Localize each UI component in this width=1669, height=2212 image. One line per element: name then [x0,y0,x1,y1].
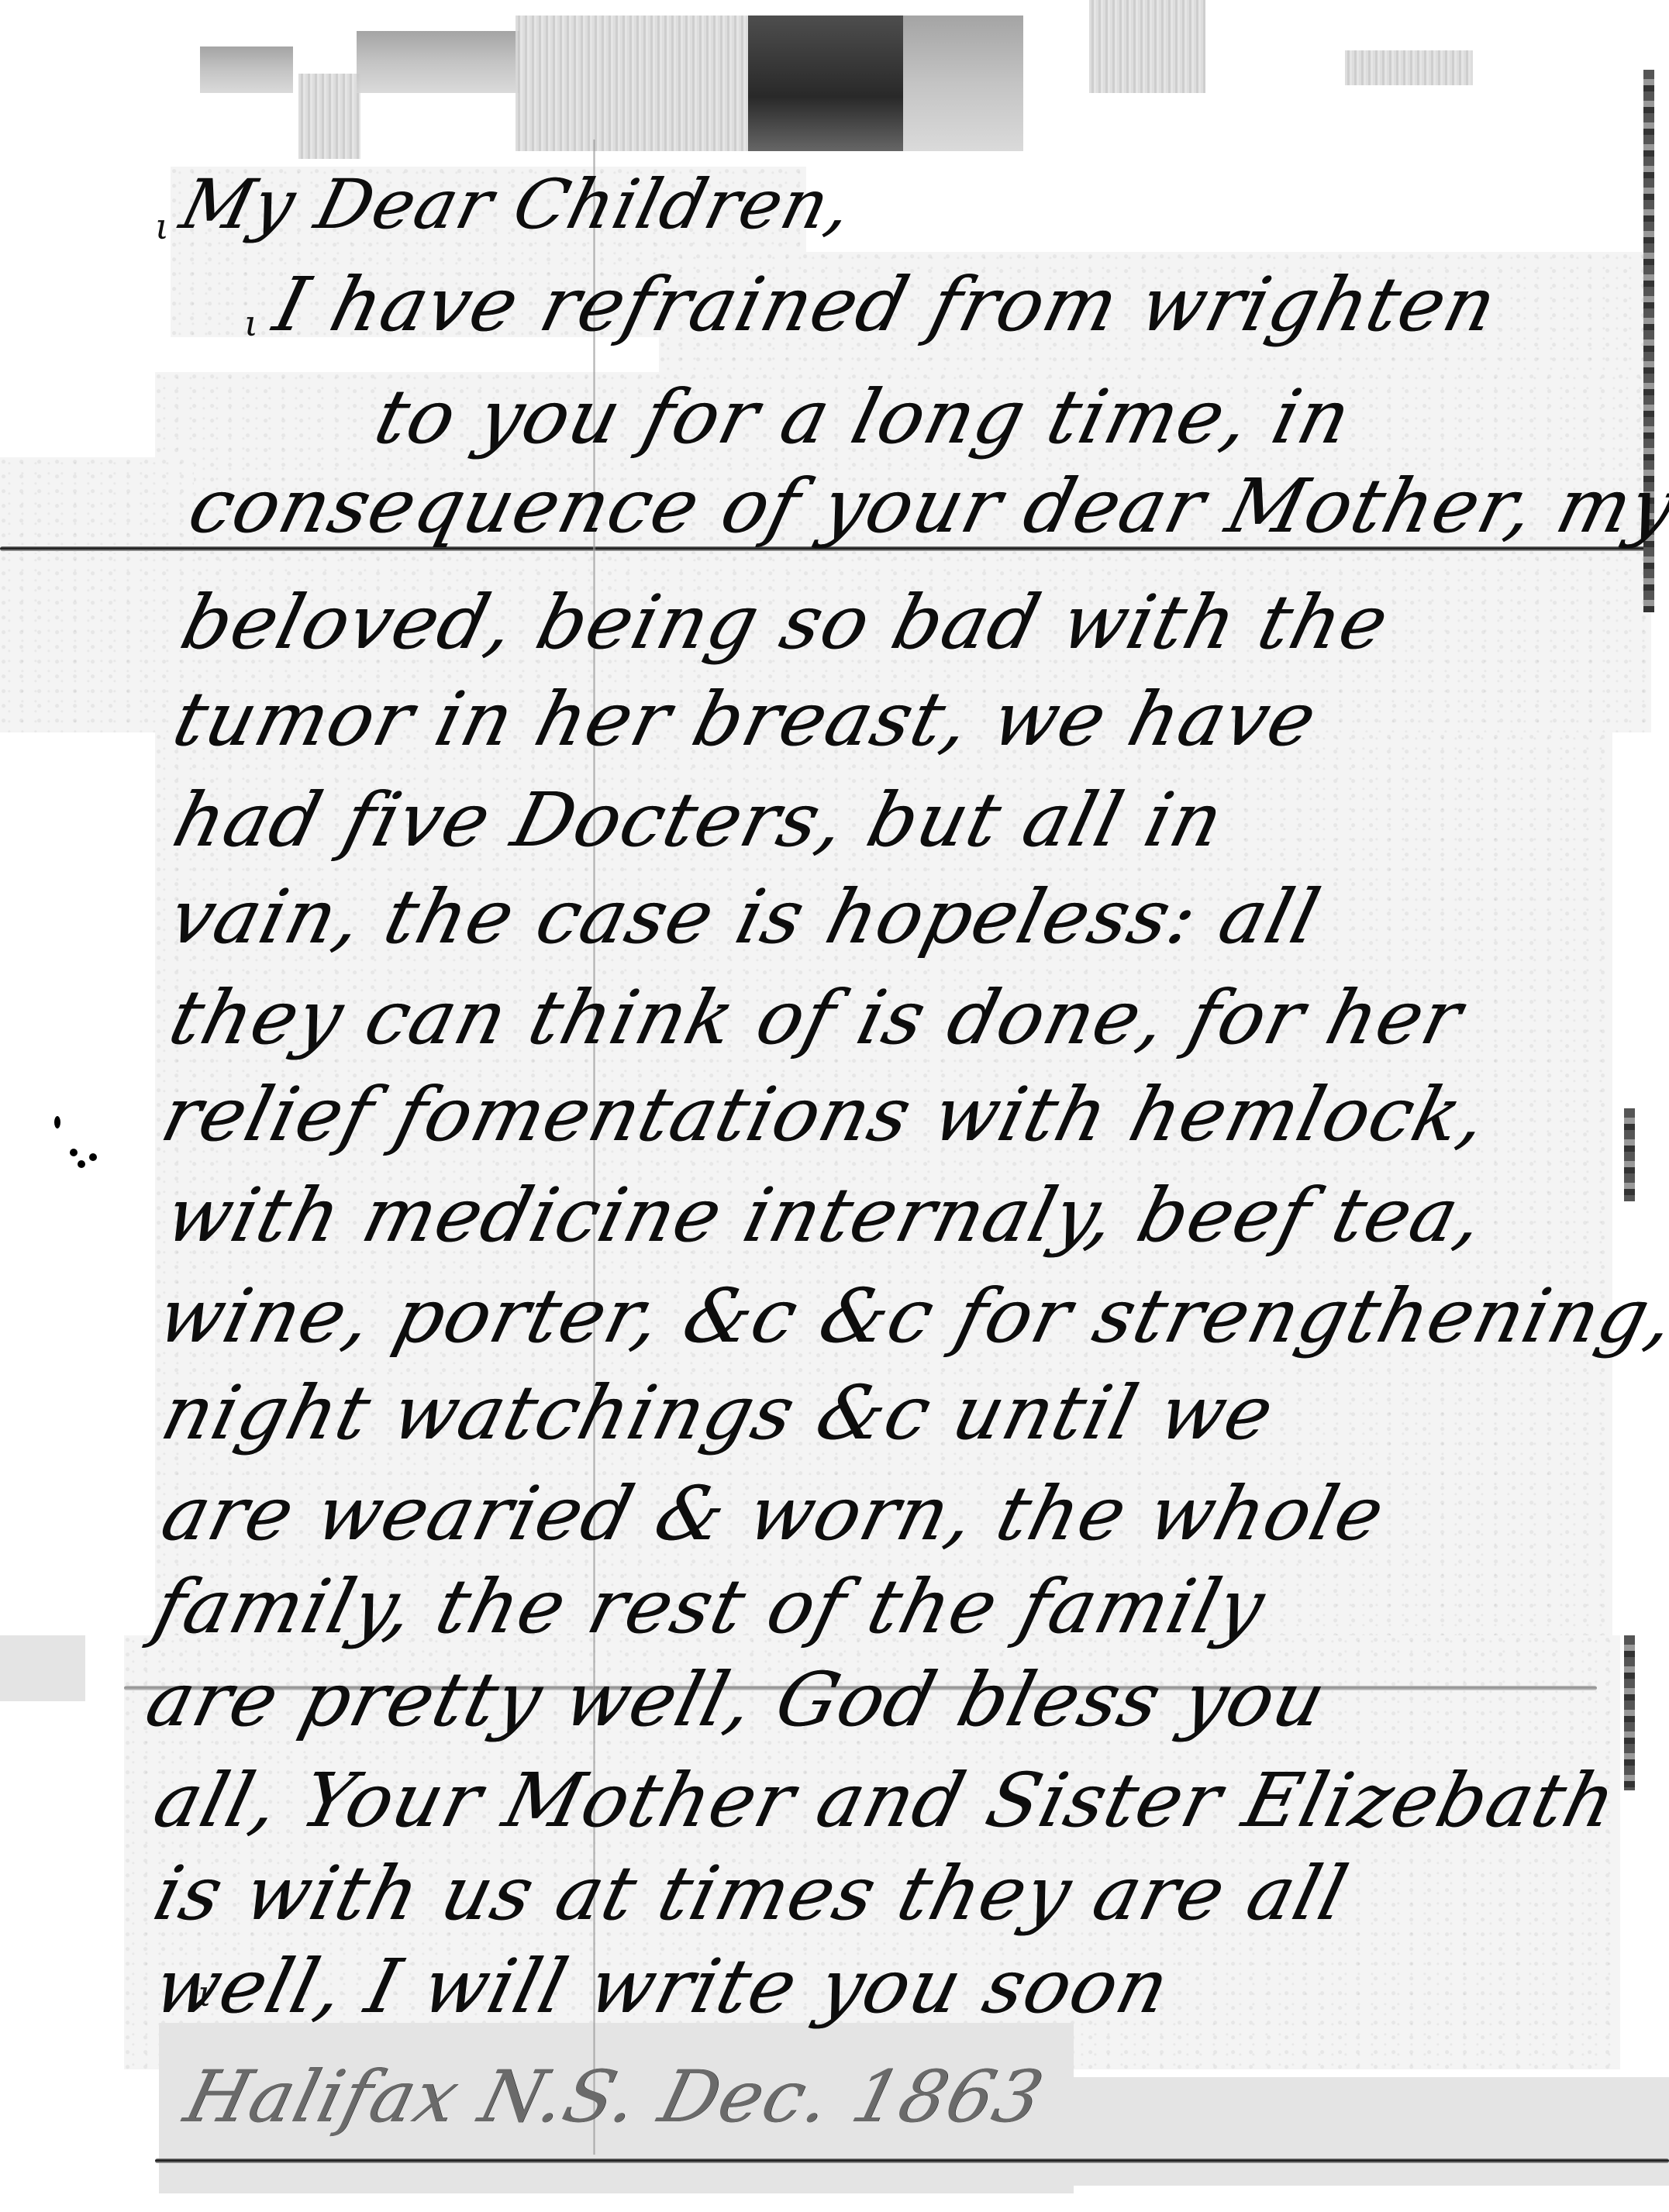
letter-line: tumor in her breast, we have [167,682,1325,756]
letter-salutation: My Dear Children, [174,171,860,239]
letter-line: they can think of is done, for her [163,980,1470,1055]
paper-scrap [357,31,519,93]
letter-line: wine, porter, &c &c for strengthening, [151,1279,1669,1353]
letter-line: consequence of your dear Mother, my [182,469,1669,543]
letter-line: is with us at times they are all [147,1856,1355,1931]
letter-line: with medicine internaly, beef tea, [159,1178,1492,1252]
letter-line: night watchings &c until we [155,1376,1281,1450]
letter-line: beloved, being so bad with the [174,585,1396,660]
paper-scrap [0,1635,85,1701]
letter-line: to you for a long time, in [368,380,1359,454]
paper-scrap [200,47,293,93]
paper-region [0,457,194,558]
paper-scrap-dark [748,16,903,151]
letter-line: I have refrained from wrighten [267,267,1505,342]
letter-dateline: Halifax N.S. Dec. 1863 [178,2062,1050,2133]
bottom-edge [155,2159,1669,2163]
paper-scrap [1089,0,1205,93]
letter-line: vain, the case is hopeless: all [163,880,1327,954]
insertion-caret: ι [244,302,258,344]
right-torn-edge [1624,1108,1635,1201]
ink-mark [70,1149,78,1156]
insertion-caret: ι [155,205,169,247]
letter-line: family, the rest of the family [147,1569,1272,1644]
ink-mark [54,1116,60,1128]
letter-line: all, Your Mother and Sister Elizebath [147,1763,1624,1838]
paper-scrap [903,16,1023,151]
paper-scrap [1345,50,1473,85]
letter-line: are wearied & worn, the whole [155,1476,1392,1551]
paper-scrap [298,74,360,159]
ink-mark [78,1160,85,1168]
letter-line: had five Docters, but all in [167,783,1231,857]
right-torn-edge [1624,1635,1635,1790]
paper-scrap [516,16,748,151]
scanned-letter-page: ι ι ι My Dear Children, I have refrained… [0,0,1669,2212]
letter-line: well, I will write you soon [147,1949,1177,2024]
letter-line: relief fomentations with hemlock, [155,1077,1495,1152]
ink-mark [89,1153,97,1161]
letter-line: are pretty well, God bless you [140,1662,1333,1737]
bottom-strip [1062,2077,1669,2186]
